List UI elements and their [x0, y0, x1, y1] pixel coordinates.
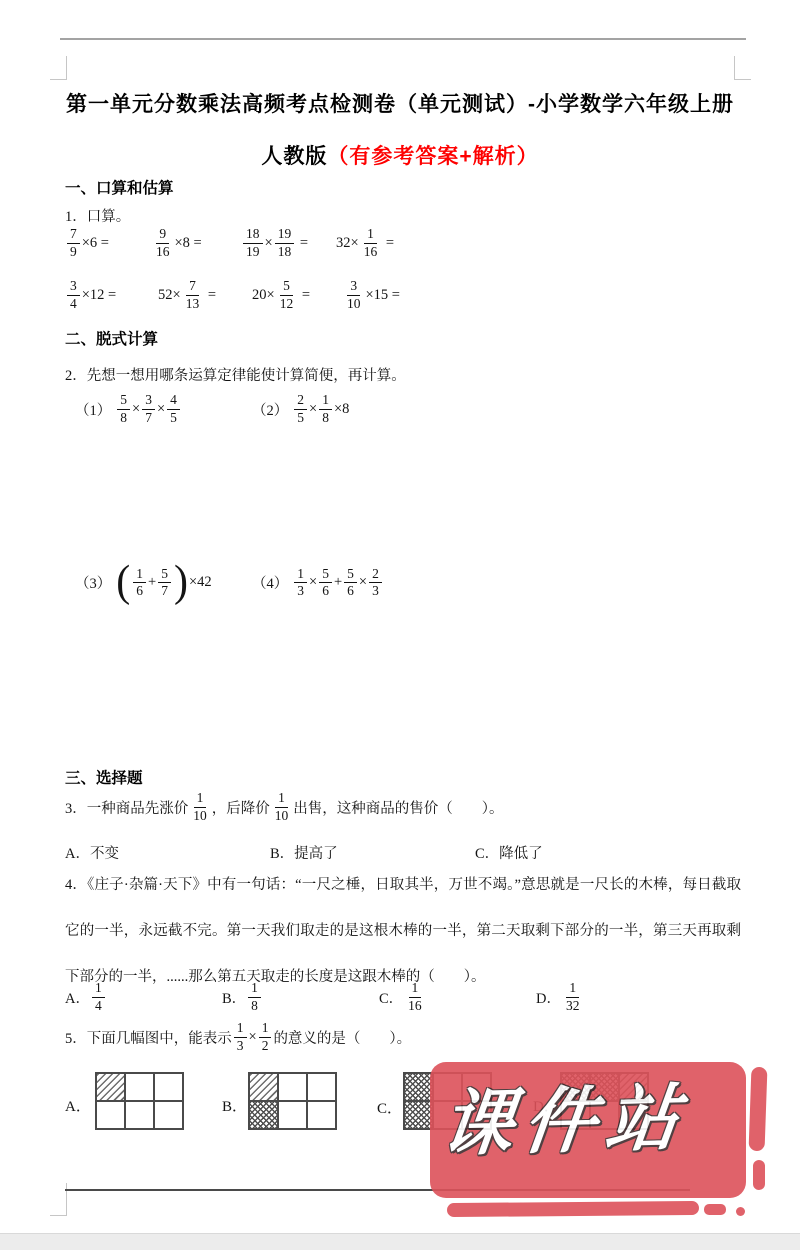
grid-option-d-diagram	[560, 1072, 649, 1130]
option-c: C．116	[379, 980, 536, 1015]
document-title-line1: 第一单元分数乘法高频考点检测卷（单元测试）-小学数学六年级上册	[0, 88, 800, 118]
oral-expression: 20×512 =	[252, 278, 342, 313]
big-parenthesis: )	[174, 563, 188, 603]
math-text: ×	[249, 1029, 257, 1046]
grid-option-c-diagram	[403, 1072, 492, 1130]
oral-expression: 79×6 =	[65, 226, 151, 261]
fraction: 13	[234, 1020, 247, 1055]
grid-cell	[462, 1101, 491, 1129]
fraction: 79	[67, 226, 80, 261]
problem-number: （2）	[252, 399, 288, 420]
grid-option-d-label: D．	[533, 1095, 559, 1116]
grid-option-b-label: B．	[222, 1095, 247, 1116]
stamp-right-stroke	[749, 1067, 768, 1152]
problem-1: （1）58×37×45	[75, 392, 252, 427]
fraction: 13	[294, 566, 307, 601]
fraction: 1918	[275, 226, 295, 261]
title-answer-note: （有参考答案+解析）	[327, 145, 538, 168]
fraction: 14	[92, 980, 105, 1015]
grid-cell	[433, 1073, 462, 1101]
math-text: ×	[265, 235, 273, 252]
question3-text: 3．一种商品先涨价110，后降价110出售，这种商品的售价（ ）。	[65, 790, 504, 825]
math-text: ×8 =	[175, 235, 202, 252]
big-parenthesis: (	[116, 563, 130, 603]
fraction: 18	[319, 392, 332, 427]
fraction: 310	[344, 278, 364, 313]
math-text: 的意义的是（ ）。	[273, 1027, 411, 1048]
math-text: B．	[222, 987, 246, 1008]
fraction: 56	[319, 566, 332, 601]
fraction: 56	[344, 566, 357, 601]
grid-cell	[404, 1073, 433, 1101]
problem-number: （3）	[75, 572, 111, 593]
fraction: 512	[277, 278, 297, 313]
fraction: 12	[259, 1020, 272, 1055]
problem-number: （4）	[252, 572, 288, 593]
grid-cell	[590, 1101, 619, 1129]
math-text: 出售，这种商品的售价（ ）。	[293, 797, 503, 818]
math-text: ，后降价	[212, 797, 270, 818]
grid-option-b-diagram	[248, 1072, 337, 1130]
grid-cell	[307, 1101, 336, 1129]
oral-expression: 916×8 =	[151, 226, 241, 261]
section3-heading: 三、选择题	[65, 766, 143, 788]
option-c: C．降低了	[475, 842, 543, 863]
problem-2: （2）25×18×8	[252, 392, 429, 427]
grid-cell	[125, 1073, 154, 1101]
section1-heading: 一、口算和估算	[65, 176, 174, 198]
grid-cell	[561, 1101, 590, 1129]
question1-label: 1．口算。	[65, 205, 130, 226]
question4-options: A．14 B．18 C．116 D．132	[65, 980, 693, 1015]
grid-cell	[249, 1101, 278, 1129]
stamp-ink-dot	[736, 1207, 745, 1216]
oral-expression: 32×116 =	[336, 226, 394, 261]
oral-calc-row-2: 34×12 = 52×713 = 20×512 = 310×15 =	[65, 278, 400, 313]
math-text: =	[296, 235, 308, 252]
oral-expression: 34×12 =	[65, 278, 158, 313]
fraction: 713	[183, 278, 203, 313]
grid-option-a-diagram	[95, 1072, 184, 1130]
math-text: ×	[132, 401, 140, 418]
grid-cell	[619, 1073, 648, 1101]
math-text: ×8	[334, 401, 349, 418]
fraction: 34	[67, 278, 80, 313]
fraction: 16	[133, 566, 146, 601]
math-text: D．	[536, 987, 561, 1008]
math-text: 3．一种商品先涨价	[65, 797, 188, 818]
fraction: 45	[167, 392, 180, 427]
stamp-bottom-stroke-small	[704, 1204, 726, 1215]
math-text: ×	[309, 574, 317, 591]
fraction: 37	[142, 392, 155, 427]
option-b: B．提高了	[270, 842, 475, 863]
fraction: 1819	[243, 226, 263, 261]
grid-cell	[278, 1101, 307, 1129]
oral-calc-row-1: 79×6 = 916×8 = 1819×1918 = 32×116 =	[65, 226, 394, 261]
grid-cell	[433, 1101, 462, 1129]
simplify-problems-row-1: （1）58×37×45 （2）25×18×8	[75, 392, 429, 427]
grid-cell	[96, 1101, 125, 1129]
fraction: 110	[190, 790, 210, 825]
question5-text: 5．下面几幅图中，能表示13×12的意义的是（ ）。	[65, 1020, 411, 1055]
math-text: ×	[359, 574, 367, 591]
page-top-border	[60, 38, 746, 40]
math-text: C．	[379, 987, 403, 1008]
grid-cell	[249, 1073, 278, 1101]
grid-cell	[154, 1073, 183, 1101]
grid-cell	[125, 1101, 154, 1129]
math-text: =	[204, 287, 216, 304]
option-a: A．14	[65, 980, 222, 1015]
document-title-line2: 人教版（有参考答案+解析）	[0, 140, 800, 170]
worksheet-page: 第一单元分数乘法高频考点检测卷（单元测试）-小学数学六年级上册 人教版（有参考答…	[0, 0, 800, 1250]
margin-crop-mark-bottom-left	[50, 1183, 67, 1216]
fraction: 57	[158, 566, 171, 601]
grid-cell	[96, 1073, 125, 1101]
math-text: =	[382, 235, 394, 252]
fraction: 18	[248, 980, 261, 1015]
stamp-bottom-stroke	[447, 1201, 699, 1217]
fraction: 25	[294, 392, 307, 427]
footer-separator-line	[65, 1189, 690, 1191]
math-text: ×12 =	[82, 287, 116, 304]
grid-cell	[307, 1073, 336, 1101]
margin-crop-mark-top-left	[50, 56, 67, 80]
math-text: 20×	[252, 287, 275, 304]
oral-expression: 52×713 =	[158, 278, 252, 313]
fraction: 23	[369, 566, 382, 601]
viewer-background-strip	[0, 1233, 800, 1250]
math-text: 32×	[336, 235, 359, 252]
grid-cell	[561, 1073, 590, 1101]
option-a: A．不变	[65, 842, 270, 863]
math-text: 5．下面几幅图中，能表示	[65, 1027, 232, 1048]
grid-cell	[590, 1073, 619, 1101]
problem-expression: 13×56+56×23	[292, 566, 384, 601]
problem-expression: 25×18×8	[292, 392, 349, 427]
fraction: 132	[563, 980, 583, 1015]
fraction: 110	[272, 790, 292, 825]
problem-3: （3）(16+57)×42	[75, 564, 252, 602]
grid-option-a-label: A．	[65, 1095, 91, 1116]
grid-option-c-label: C．	[377, 1097, 402, 1118]
question3-options: A．不变 B．提高了 C．降低了	[65, 842, 543, 863]
math-text: 52×	[158, 287, 181, 304]
option-b: B．18	[222, 980, 379, 1015]
question2-text: 2．先想一想用哪条运算定律能使计算简便，再计算。	[65, 364, 406, 385]
oral-expression: 1819×1918 =	[241, 226, 336, 261]
fraction: 116	[405, 980, 425, 1015]
grid-cell	[154, 1101, 183, 1129]
simplify-problems-row-2: （3）(16+57)×42 （4）13×56+56×23	[75, 564, 429, 602]
math-text: A．	[65, 987, 90, 1008]
problem-4: （4）13×56+56×23	[252, 566, 429, 601]
math-text: +	[334, 574, 342, 591]
math-text: +	[148, 574, 156, 591]
problem-number: （1）	[75, 399, 111, 420]
grid-cell	[278, 1073, 307, 1101]
option-d: D．132	[536, 980, 693, 1015]
math-text: ×42	[189, 574, 212, 591]
grid-cell	[462, 1073, 491, 1101]
problem-expression: (16+57)×42	[115, 564, 211, 602]
math-text: =	[298, 287, 310, 304]
grid-cell	[404, 1101, 433, 1129]
math-text: ×6 =	[82, 235, 109, 252]
grid-cell	[619, 1101, 648, 1129]
stamp-right-stroke-small	[753, 1160, 765, 1190]
fraction: 58	[117, 392, 130, 427]
fraction: 916	[153, 226, 173, 261]
title-edition: 人教版	[261, 145, 327, 168]
margin-crop-mark-top-right	[734, 56, 751, 80]
fraction: 116	[361, 226, 381, 261]
math-text: ×15 =	[366, 287, 400, 304]
math-text: ×	[309, 401, 317, 418]
oral-expression: 310×15 =	[342, 278, 400, 313]
problem-expression: 58×37×45	[115, 392, 182, 427]
section2-heading: 二、脱式计算	[65, 327, 158, 349]
math-text: ×	[157, 401, 165, 418]
